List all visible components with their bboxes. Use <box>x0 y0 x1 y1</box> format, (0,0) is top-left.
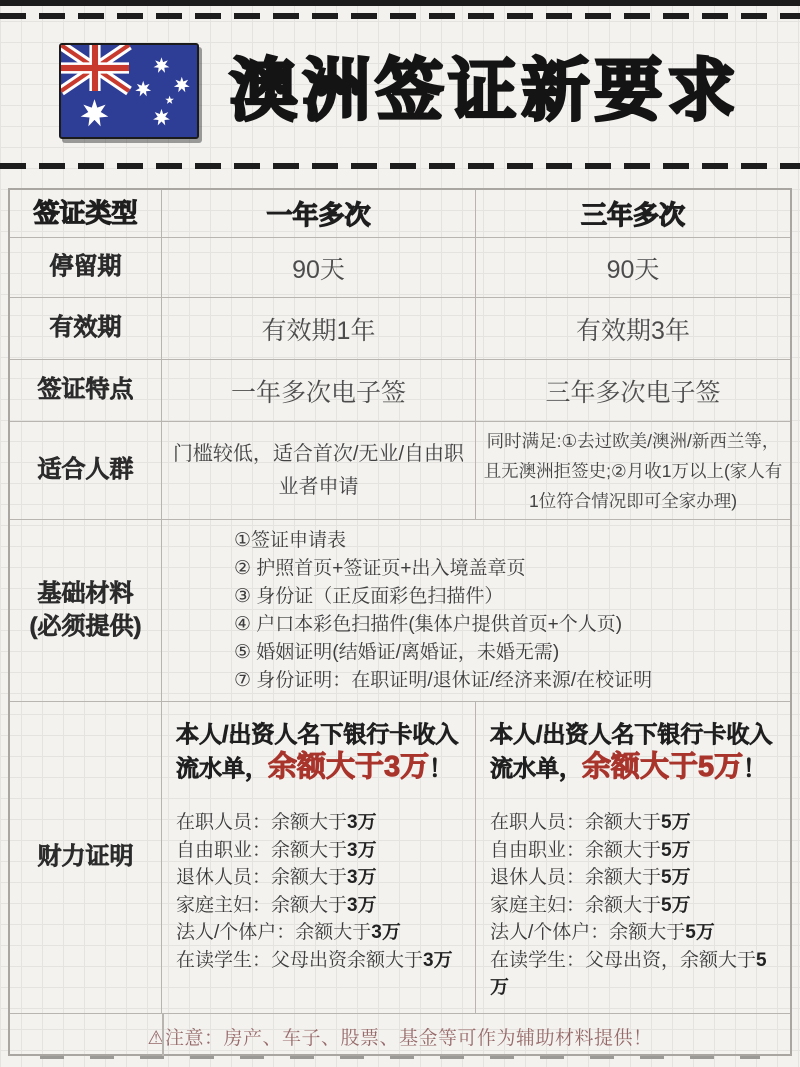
top-border-bar <box>0 0 800 6</box>
financial-three-year-cell: 本人/出资人名下银行卡收入流水单，余额大于5万！ 在职人员：余额大于5万 自由职… <box>476 702 790 1014</box>
australia-flag-svg <box>61 45 197 137</box>
visa-comparison-table: 签证类型 一年多次 三年多次 停留期 90天 90天 有效期 有效期1年 有效期… <box>8 188 792 1056</box>
financial-item: 家庭主妇：余额大于3万 <box>176 892 465 920</box>
suitable-one-year: 门槛较低，适合首次/无业/自由职业者申请 <box>162 422 476 520</box>
financial-item: 在职人员：余额大于5万 <box>490 809 780 837</box>
financial-intro: 本人/出资人名下银行卡收入流水单，余额大于3万！ <box>176 718 465 785</box>
row-label-basic-materials: 基础材料 (必须提供) <box>10 520 162 702</box>
financial-one-year-cell: 本人/出资人名下银行卡收入流水单，余额大于3万！ 在职人员：余额大于3万 自由职… <box>162 702 476 1014</box>
feature-one-year: 一年多次电子签 <box>162 360 476 422</box>
feature-three-year: 三年多次电子签 <box>476 360 790 422</box>
page-title: 澳洲签证新要求 <box>229 57 740 125</box>
union-jack <box>61 45 129 91</box>
stay-period-one-year: 90天 <box>162 238 476 298</box>
financial-item: 法人/个体户：余额大于3万 <box>176 919 465 947</box>
australia-flag-icon <box>59 43 199 139</box>
stay-period-three-year: 90天 <box>476 238 790 298</box>
row-label-stay-period: 停留期 <box>10 238 162 298</box>
col-header-one-year: 一年多次 <box>162 190 476 238</box>
material-item: ①签证申请表 <box>234 527 346 555</box>
financial-item: 在职人员：余额大于3万 <box>176 809 465 837</box>
title-bottom-dashed-line <box>0 163 800 169</box>
financial-item: 退休人员：余额大于3万 <box>176 864 465 892</box>
suitable-three-year: 同时满足:①去过欧美/澳洲/新西兰等，且无澳洲拒签史;②月收1万以上(家人有1位… <box>476 422 790 520</box>
warning-note: ⚠注意：房产、车子、股票、基金等可作为辅助材料提供！ <box>147 1023 652 1050</box>
row-label-suitable-people: 适合人群 <box>10 422 162 520</box>
material-item: ④ 户口本彩色扫描件(集体户提供首页+个人页) <box>234 611 622 639</box>
footer-note-row: ⚠注意：房产、车子、股票、基金等可作为辅助材料提供！ <box>10 1014 790 1058</box>
financial-item: 退休人员：余额大于5万 <box>490 864 780 892</box>
top-dashed-line <box>0 13 800 19</box>
highlight-amount: 余额大于3万 <box>268 751 429 783</box>
financial-item: 家庭主妇：余额大于5万 <box>490 892 780 920</box>
bottom-dashed-line <box>40 1056 760 1059</box>
material-item: ⑦ 身份证明：在职证明/退休证/经济来源/在校证明 <box>234 667 652 695</box>
row-label-validity: 有效期 <box>10 298 162 360</box>
col-header-three-year: 三年多次 <box>476 190 790 238</box>
row-label-visa-feature: 签证特点 <box>10 360 162 422</box>
validity-three-year: 有效期3年 <box>476 298 790 360</box>
financial-item: 自由职业：余额大于3万 <box>176 837 465 865</box>
financial-item: 自由职业：余额大于5万 <box>490 837 780 865</box>
financial-item: 法人/个体户：余额大于5万 <box>490 919 780 947</box>
header: 澳洲签证新要求 <box>0 32 800 150</box>
basic-materials-list: ①签证申请表 ② 护照首页+签证页+出入境盖章页 ③ 身份证（正反面彩色扫描件）… <box>162 520 790 702</box>
highlight-amount: 余额大于5万 <box>582 751 743 783</box>
material-item: ⑤ 婚姻证明(结婚证/离婚证，未婚无需) <box>234 639 559 667</box>
financial-intro: 本人/出资人名下银行卡收入流水单，余额大于5万！ <box>490 718 780 785</box>
material-item: ② 护照首页+签证页+出入境盖章页 <box>234 555 526 583</box>
financial-list: 在职人员：余额大于5万 自由职业：余额大于5万 退休人员：余额大于5万 家庭主妇… <box>490 809 780 1002</box>
financial-list: 在职人员：余额大于3万 自由职业：余额大于3万 退休人员：余额大于3万 家庭主妇… <box>176 809 465 974</box>
material-item: ③ 身份证（正反面彩色扫描件） <box>234 583 503 611</box>
financial-item: 在读学生：父母出资，余额大于5万 <box>490 947 780 1002</box>
col-header-visa-type: 签证类型 <box>10 190 162 238</box>
row-label-financial-proof: 财力证明 <box>10 702 162 1014</box>
validity-one-year: 有效期1年 <box>162 298 476 360</box>
financial-item: 在读学生：父母出资余额大于3万 <box>176 947 465 975</box>
